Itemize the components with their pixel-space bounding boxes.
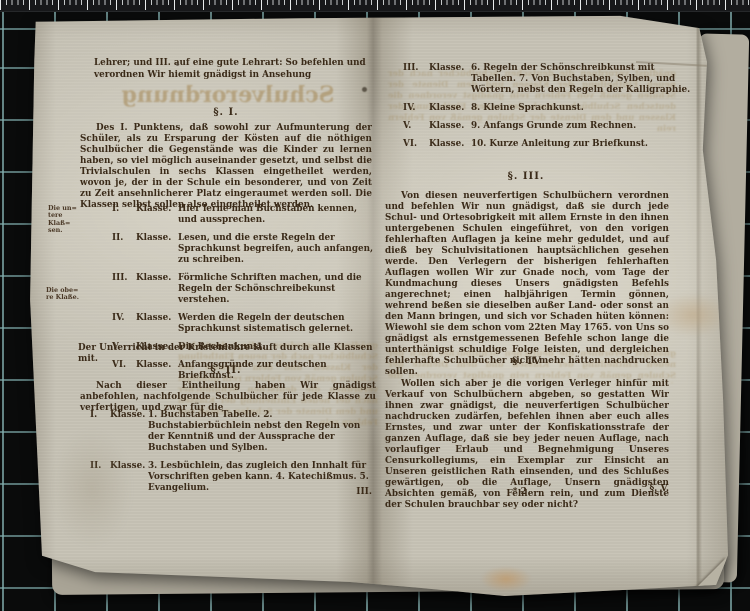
book-numeral: I. — [90, 410, 110, 454]
book-label: Klasse. — [110, 410, 148, 454]
class-row: II. Klasse. Lesen, und die erste Regeln … — [112, 233, 378, 266]
class-row: I. Klasse. Hier lerne man Buchstaben ken… — [112, 204, 378, 226]
class-numeral: I. — [112, 204, 136, 226]
class-row: III. Klasse. 6. Regeln der Schönschreibk… — [403, 63, 691, 96]
class-list-right: III. Klasse. 6. Regeln der Schönschreibk… — [403, 63, 691, 157]
class-numeral: III. — [403, 63, 429, 96]
right-page-footer: * 2 §. V. — [385, 487, 669, 499]
class-text: 8. Kleine Sprachkunst. — [471, 103, 691, 114]
after-classes-line: Der Unterricht in der Kristenlehre läuft… — [78, 343, 374, 365]
class-text: Hier lerne man Buchstaben kennen, und au… — [178, 204, 378, 226]
class-label: Klasse. — [429, 103, 471, 114]
class-text: 9. Anfangs Grunde zum Rechnen. — [471, 121, 691, 132]
ink-speck — [362, 87, 367, 92]
book-wrap: Schulverordnung gnädigst verordnen die d… — [0, 0, 750, 611]
section-1-body: Des I. Punktens, daß sowohl zur Aufmunte… — [80, 123, 372, 211]
class-label: Klasse. — [429, 63, 471, 96]
class-row: V. Klasse. 9. Anfangs Grunde zum Rechnen… — [403, 121, 691, 132]
signature-mark: * 2 — [513, 487, 527, 497]
class-label: Klasse. — [136, 273, 178, 306]
section-3-heading: §. III. — [385, 171, 667, 182]
section-2-heading: §. II. — [80, 365, 372, 376]
open-book: Schulverordnung gnädigst verordnen die d… — [28, 13, 728, 596]
right-catchword: §. V. — [649, 484, 669, 494]
class-row: III. Klasse. Förmliche Schriften machen,… — [112, 273, 378, 306]
stain — [480, 566, 532, 592]
book-row: I. Klasse. 1. Buchstaben Tabelle. 2. Buc… — [90, 410, 376, 454]
section-3-body: Von diesen neuverfertigen Schulbüchern v… — [385, 191, 669, 378]
book-text: 1. Buchstaben Tabelle. 2. Buchstabierbüc… — [148, 410, 376, 454]
class-text: Lesen, und die erste Regeln der Sprachku… — [178, 233, 378, 266]
class-text: 10. Kurze Anleitung zur Briefkunst. — [471, 139, 691, 150]
ruler-scale — [0, 0, 750, 12]
left-intro-paragraph: Lehrer; und III. auf eine gute Lehrart: … — [94, 57, 382, 81]
class-label: Klasse. — [136, 313, 178, 335]
left-catchword: III. — [80, 487, 372, 497]
class-numeral: III. — [112, 273, 136, 306]
class-text: Werden die Regeln der deutschen Sprachku… — [178, 313, 378, 335]
class-row: IV. Klasse. 8. Kleine Sprachkunst. — [403, 103, 691, 114]
photo-scene: Schulverordnung gnädigst verordnen die d… — [0, 0, 750, 611]
class-label: Klasse. — [429, 121, 471, 132]
class-numeral: V. — [403, 121, 429, 132]
class-numeral: II. — [112, 233, 136, 266]
class-label: Klasse. — [136, 233, 178, 266]
class-row: VI. Klasse. 10. Kurze Anleitung zur Brie… — [403, 139, 691, 150]
class-numeral: IV. — [403, 103, 429, 114]
class-label: Klasse. — [136, 204, 178, 226]
class-numeral: VI. — [403, 139, 429, 150]
margin-note-upper-classes: Die obe= re Klaße. — [46, 287, 84, 302]
section-1-heading: §. I. — [80, 107, 372, 118]
section-4-heading: §. IV — [385, 356, 669, 367]
dog-ear-fold — [692, 558, 726, 592]
class-numeral: IV. — [112, 313, 136, 335]
class-label: Klasse. — [429, 139, 471, 150]
margin-note-lower-classes: Die un= tere Klaß= sen. — [48, 205, 86, 235]
class-text: 6. Regeln der Schönschreibkunst mit Tabe… — [471, 63, 691, 96]
class-text: Förmliche Schriften machen, und die Rege… — [178, 273, 378, 306]
class-row: IV. Klasse. Werden die Regeln der deutsc… — [112, 313, 378, 335]
